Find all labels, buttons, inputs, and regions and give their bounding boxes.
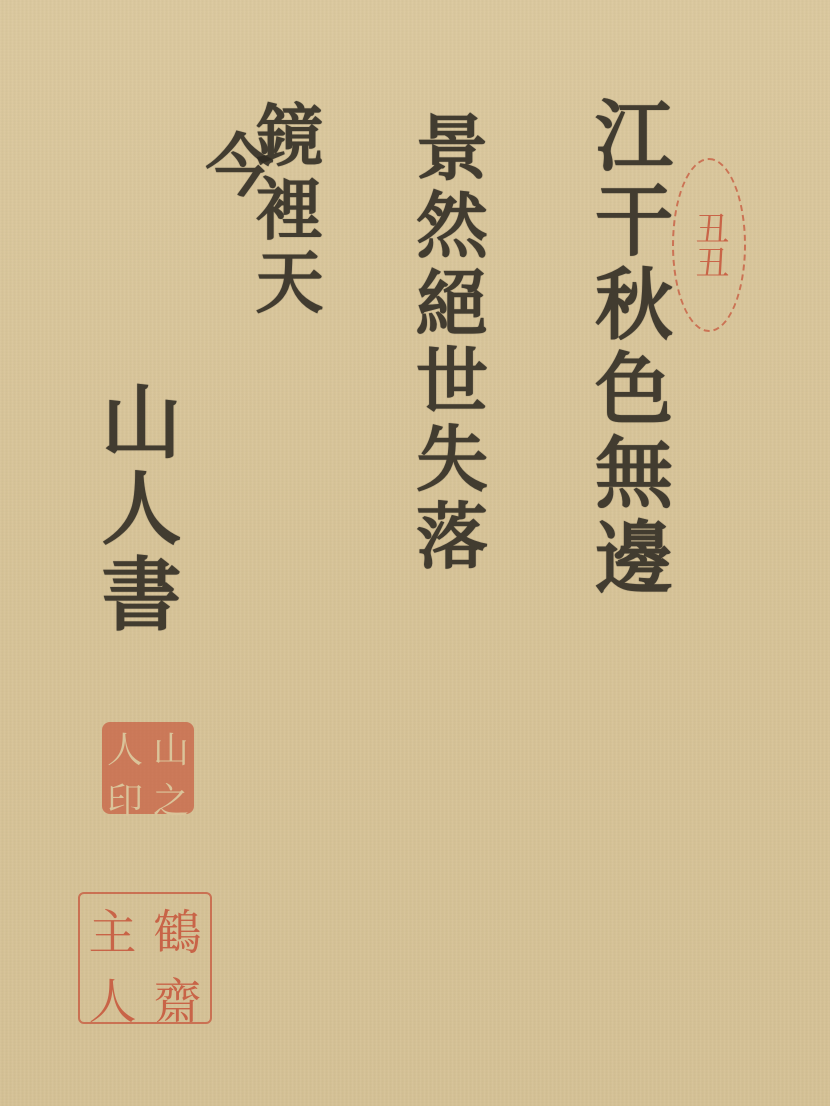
calligraphy-column-1: 江干秋色無邊: [588, 95, 666, 600]
calligraphy-column-2: 景然絕世失落: [410, 110, 482, 577]
calligraphy-column-4: 今: [200, 130, 268, 203]
seal-char: 人: [102, 722, 148, 773]
oval-seal-icon: 丑丑: [672, 158, 746, 332]
seal-char: 鶴: [145, 894, 210, 963]
square-seal-collector-icon: 主 鶴 人 齋: [78, 892, 212, 1024]
seal-char: 齋: [145, 963, 210, 1032]
seal-char: 印: [102, 773, 148, 824]
silk-scroll: 江干秋色無邊 景然絕世失落 鏡裡天 今 山人書 丑丑 人 山 印 之 主 鶴 人…: [0, 0, 830, 1106]
square-seal-artist-icon: 人 山 印 之: [102, 722, 194, 814]
seal-char: 山: [148, 722, 194, 773]
seal-char: 主: [80, 894, 145, 963]
seal-char: 之: [148, 773, 194, 824]
seal-char: 人: [80, 963, 145, 1032]
artist-signature: 山人書: [95, 380, 175, 639]
